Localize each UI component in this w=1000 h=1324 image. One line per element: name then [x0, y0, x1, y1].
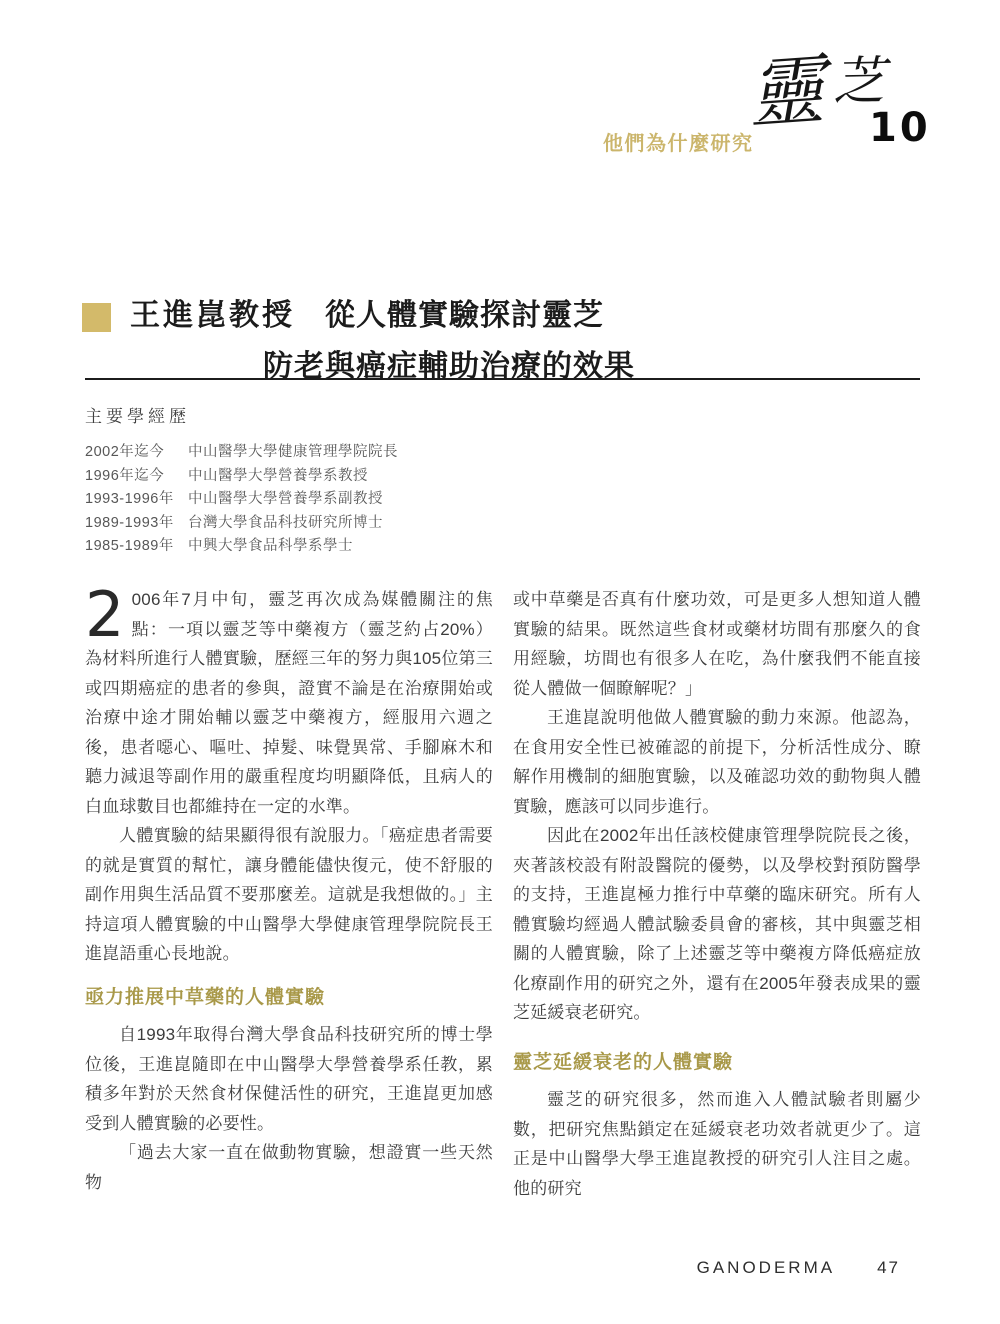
title-bullet-square [82, 303, 111, 332]
subheading-herbal-trials: 亟力推展中草藥的人體實驗 [85, 983, 493, 1013]
logo-char-ling: 靈 [746, 52, 827, 133]
issue-number: 10 [869, 105, 931, 151]
resume-role: 台灣大學食品科技研究所博士 [188, 512, 383, 536]
professor-name: 王進崑教授 [130, 298, 295, 333]
paragraph-lead: 2006年7月中旬，靈芝再次成為媒體關注的焦點：一項以靈芝等中藥複方（靈芝約占2… [85, 585, 493, 821]
paragraph: 因此在2002年出任該校健康管理學院院長之後，夾著該校設有附設醫院的優勢，以及學… [513, 821, 921, 1028]
logo-char-zhi: 芝 [832, 56, 885, 109]
magazine-page: 他們為什麼研究 靈 芝 10 王進崑教授從人體實驗探討靈芝 防老與癌症輔助治療的… [0, 0, 1000, 1324]
subheading-antiaging-trials: 靈芝延緩衰老的人體實驗 [513, 1048, 921, 1078]
body-column-right: 或中草藥是否真有什麼功效，可是更多人想知道人體實驗的結果。既然這些食材或藥材坊間… [513, 585, 921, 1203]
section-kicker: 他們為什麼研究 [603, 127, 754, 156]
resume-role: 中山醫學大學營養學系副教授 [188, 488, 383, 512]
resume-period: 1996年迄今 [85, 465, 188, 489]
lingzhi-calligraphy-logo: 靈 芝 [746, 47, 888, 132]
resume-period: 1993-1996年 [85, 488, 188, 512]
resume-role: 中興大學食品科學系學士 [188, 535, 353, 559]
resume-row: 2002年迄今 中山醫學大學健康管理學院院長 [85, 441, 398, 465]
article-title-line1: 王進崑教授從人體實驗探討靈芝 [130, 290, 635, 334]
resume-row: 1993-1996年 中山醫學大學營養學系副教授 [85, 488, 398, 512]
resume-period: 1989-1993年 [85, 512, 188, 536]
resume-row: 1985-1989年 中興大學食品科學系學士 [85, 535, 398, 559]
resume-row: 1996年迄今 中山醫學大學營養學系教授 [85, 465, 398, 489]
paragraph: 王進崑說明他做人體實驗的動力來源。他認為，在食用安全性已被確認的前提下，分析活性… [513, 703, 921, 821]
paragraph: 靈芝的研究很多，然而進入人體試驗者則屬少數，把研究焦點鎖定在延緩衰老功效者就更少… [513, 1085, 921, 1203]
journal-name: GANODERMA [697, 1258, 835, 1277]
title-divider-rule [85, 378, 920, 380]
page-number: 47 [877, 1258, 900, 1277]
paragraph: 「過去大家一直在做動物實驗，想證實一些天然物 [85, 1138, 493, 1197]
resume-role: 中山醫學大學健康管理學院院長 [188, 441, 398, 465]
drop-cap: 2 [85, 587, 125, 642]
resume-row: 1989-1993年 台灣大學食品科技研究所博士 [85, 512, 398, 536]
title-main-line1: 從人體實驗探討靈芝 [325, 299, 604, 332]
paragraph: 自1993年取得台灣大學食品科技研究所的博士學位後，王進崑隨即在中山醫學大學營養… [85, 1020, 493, 1138]
resume-period: 2002年迄今 [85, 441, 188, 465]
paragraph-continuation: 或中草藥是否真有什麼功效，可是更多人想知道人體實驗的結果。既然這些食材或藥材坊間… [513, 585, 921, 703]
page-footer: GANODERMA47 [697, 1258, 900, 1278]
article-title: 王進崑教授從人體實驗探討靈芝 防老與癌症輔助治療的效果 [130, 290, 635, 385]
paragraph: 人體實驗的結果顯得很有說服力。「癌症患者需要的就是實質的幫忙，讓身體能儘快復元，… [85, 821, 493, 969]
resume-list: 2002年迄今 中山醫學大學健康管理學院院長 1996年迄今 中山醫學大學營養學… [85, 441, 398, 559]
resume-period: 1985-1989年 [85, 535, 188, 559]
resume-role: 中山醫學大學營養學系教授 [188, 465, 368, 489]
paragraph-lead-text: 006年7月中旬，靈芝再次成為媒體關注的焦點：一項以靈芝等中藥複方（靈芝約占20… [85, 590, 493, 816]
body-column-left: 2006年7月中旬，靈芝再次成為媒體關注的焦點：一項以靈芝等中藥複方（靈芝約占2… [85, 585, 493, 1197]
resume-heading: 主要學經歷 [85, 402, 190, 427]
